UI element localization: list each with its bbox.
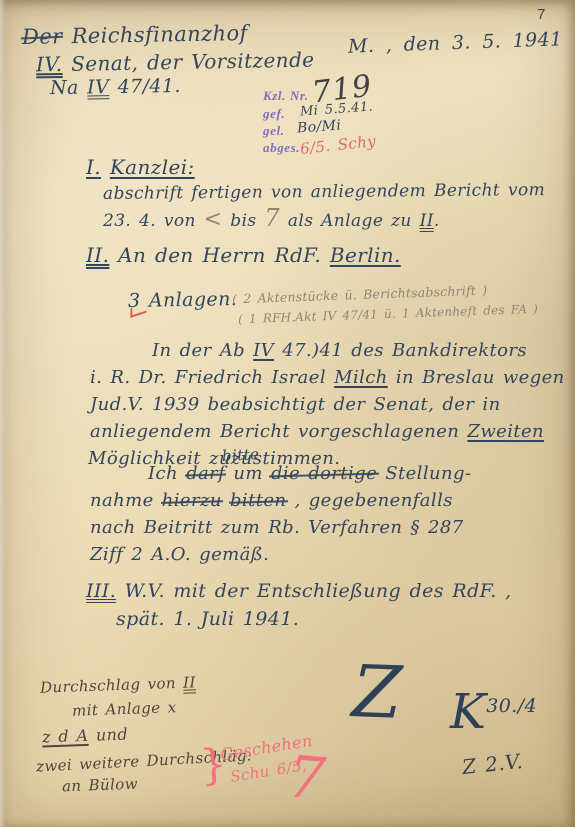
document-page: 7 Der Reichsfinanzhof IV. Senat, der Vor… — [0, 0, 575, 827]
body-paragraph1-line1: In der Ab IV 47.)41 des Bankdirektors — [152, 340, 527, 361]
ref-numeral: IV — [87, 76, 109, 98]
org-name: Reichsfinanzhof — [71, 21, 247, 48]
p1l1-numeral: IV — [253, 340, 274, 361]
section1-title: Kanzlei: — [110, 155, 195, 179]
section3-line1: III. W.V. mit der Entschließung des RdF.… — [86, 580, 512, 602]
note-anlage: mit Anlage x — [72, 698, 177, 720]
section1-heading: I. Kanzlei: — [86, 155, 195, 179]
body-paragraph1-line4: anliegendem Bericht vorgeschlagenen Zwei… — [90, 421, 544, 442]
subject-name: Milch — [334, 367, 388, 388]
monogram-signature: K30./4 — [450, 684, 537, 740]
line2-end: als Anlage zu — [280, 211, 420, 231]
header-org-line: Der Reichsfinanzhof — [22, 21, 248, 49]
note-durchschlag: Durchschlag von II — [40, 673, 196, 696]
p2l2-struck1: hierzu — [162, 490, 222, 511]
section2-place: Berlin. — [330, 243, 401, 267]
section1-line2: 23. 4. von < bis 7 als Anlage zu II. — [103, 204, 440, 232]
monogram-letter: K — [450, 684, 486, 740]
section3-text: W.V. mit der Entschließung des RdF. , — [116, 580, 511, 602]
p1l4-underlined: Zweiten — [467, 421, 544, 442]
p2l2-a: nahme — [90, 490, 162, 511]
ref-number: 47/41. — [109, 75, 181, 98]
stamp-gel-label: gel. — [263, 123, 285, 139]
p1l1-b: 47.)41 des Bankdirektors — [274, 340, 527, 361]
p2l1-b: um — [225, 463, 271, 484]
body-paragraph1-line2: i. R. Dr. Friedrich Israel Milch in Bres… — [90, 367, 565, 388]
line2-period: . — [434, 211, 440, 231]
body-paragraph2-line4: Ziff 2 A.O. gemäß. — [90, 544, 269, 565]
p1l2-b: in Breslau wegen — [388, 367, 565, 388]
note-l1-numeral: II — [183, 673, 196, 691]
section1-numeral: I. — [86, 155, 101, 179]
note-recipient: an Bülow — [62, 775, 139, 796]
stamp-abges-label: abges. — [263, 140, 300, 156]
note-l1-text: Durchschlag von — [40, 674, 184, 697]
body-paragraph2-line3: nach Beitritt zum Rb. Verfahren § 287 — [90, 517, 464, 538]
p2l2-b: , gegebenenfalls — [286, 490, 452, 511]
p2l1-a: Ich — [148, 463, 186, 484]
stamp-gef-value: Mi 5.5.41. — [300, 99, 374, 119]
header-file-reference: Na IV 47/41. — [50, 75, 181, 99]
note-zda: z d A und — [42, 725, 129, 747]
initial-date-signature: Z 2.V. — [461, 749, 524, 779]
p1l4-a: anliegendem Bericht vorgeschlagenen — [90, 421, 467, 442]
dateline: M. , den 3. 5. 1941 — [348, 28, 563, 57]
stamp-gef-label: gef. — [263, 106, 285, 122]
struck-article: Der — [22, 24, 63, 49]
insertion-mark-close: 7 — [264, 204, 280, 232]
stamp-gel-value: Bo/Mi — [296, 117, 341, 136]
section2-numeral: II. — [86, 243, 109, 267]
section2-heading: II. An den Herrn RdF. Berlin. — [86, 243, 401, 267]
p2l2-struck2: bitten — [230, 490, 286, 511]
header-senate-line: IV. Senat, der Vorsitzende — [36, 48, 315, 77]
line2-numeral: II — [420, 211, 434, 231]
p1l1-a: In der Ab — [152, 340, 253, 361]
body-paragraph2-line1: Ich darf um die dortige Stellung- — [148, 463, 471, 484]
page-number: 7 — [537, 6, 545, 23]
scan-edge — [0, 0, 6, 827]
p1l2-a: i. R. Dr. Friedrich Israel — [90, 367, 334, 388]
pencil-note-1: ( 2 Aktenstücke ü. Berichtsabschrift ) — [232, 283, 488, 307]
stamp-kzl-label: Kzl. Nr. — [263, 88, 309, 104]
senate-text: Senat, der Vorsitzende — [62, 48, 314, 76]
monogram-date: 30./4 — [486, 695, 537, 717]
insertion-mark-open: < — [204, 207, 223, 232]
inserted-word: bitte — [222, 445, 260, 465]
stamp-abges-value: 6/5. Schy — [299, 132, 377, 158]
ref-prefix: Na — [50, 76, 88, 99]
note-zda-rest: und — [88, 725, 128, 745]
section3-line2: spät. 1. Juli 1941. — [116, 608, 299, 630]
p2l1-c: Stellung- — [377, 463, 471, 484]
senate-numeral: IV. — [36, 52, 63, 76]
pencil-note-2: ( 1 RFH.Akt IV 47/41 ü. 1 Aktenheft des … — [238, 302, 538, 326]
body-paragraph2-line2: nahme hierzu bitten , gegebenenfalls — [90, 490, 453, 511]
p2l1-struck2: die dortige — [271, 463, 377, 484]
body-paragraph1-line3: Jud.V. 1939 beabsichtigt der Senat, der … — [90, 394, 501, 415]
section2-addressee: An den Herrn RdF. — [109, 243, 330, 267]
section3-numeral: III. — [86, 580, 116, 602]
section1-line1: abschrift fertigen von anliegendem Beric… — [103, 180, 545, 204]
line2-start: 23. 4. von — [103, 211, 204, 231]
note-zda-abbrev: z d A — [42, 726, 89, 747]
red-page-numeral: 7 — [285, 743, 328, 814]
p2l1-struck1: darf — [186, 463, 225, 484]
line2-mid: bis — [223, 211, 265, 231]
paraph-z-signature: Z — [351, 649, 404, 735]
